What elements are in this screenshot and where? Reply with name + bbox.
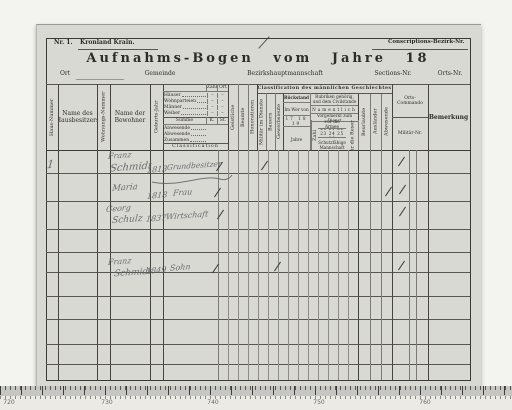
ages-row: 20 21 22 23 24 25 26: [318, 129, 346, 138]
class-col: Abwesende: [381, 93, 392, 150]
class-col: Bauern: [266, 93, 275, 150]
summe-col1: K.: [206, 117, 217, 124]
census-form-scan: Nr. 1. Kronland Krain. Conscriptions-Bez…: [0, 0, 512, 410]
scan-ruler: [0, 386, 512, 396]
ruler-label: 740: [198, 399, 228, 406]
ruler-label: 730: [92, 399, 122, 406]
handwritten-first-name: Franz: [108, 256, 132, 267]
handwritten-first-name: Franz: [108, 150, 132, 161]
service-left-sub: Im Wer von: [283, 103, 310, 116]
handwritten-note: Frau: [173, 187, 193, 197]
summary-row: Wohnparteien––: [163, 98, 228, 104]
col-line: [238, 84, 239, 150]
summary-col1-header: Zahl: [206, 84, 217, 91]
ruler-label: 760: [410, 399, 440, 406]
ruler-label: 750: [304, 399, 334, 406]
class-col: Beurlaubte: [358, 93, 370, 150]
col-line: [266, 93, 267, 150]
summary-box-top: Zahl Ort Häuser–– Wohnparteien–– Männer–…: [163, 84, 228, 118]
class-col: Geistliche: [228, 84, 238, 150]
class-col: Honoratioren: [248, 84, 257, 150]
handwritten-house-no: 1: [46, 158, 54, 172]
handwritten-note: Sohn: [170, 262, 192, 273]
house-number-column-header: Haus-Nummer: [46, 84, 58, 150]
service-note: Zu Folge der vorigen Rubriken gehörig, u…: [311, 93, 358, 106]
ruler-label: 720: [0, 399, 24, 406]
service-side-col: Zahl: [311, 120, 318, 150]
class-col: Beamte: [238, 84, 248, 150]
col-line: [275, 93, 276, 150]
col-line: [409, 150, 410, 380]
summary-row: Weiber––: [163, 110, 228, 116]
namentlich-label: Namentlich: [311, 106, 358, 114]
service-box: Rückstand Im Wer von 17 18 19 Jahre Zu F…: [283, 93, 358, 150]
handwritten-year: 1837: [146, 213, 167, 224]
class-col: Gewerbsleute: [275, 93, 283, 150]
tail-box-bottom: Militär-Nr.: [392, 117, 428, 150]
summe-label: Summe: [163, 117, 206, 124]
summe-col2: St.: [217, 117, 228, 124]
scan-ruler-numbers: 720 730 740 750 760: [0, 396, 512, 410]
owner-column-header: Name des Hausbesitzers: [58, 84, 97, 150]
classification-footer-label: Classification: [163, 143, 228, 150]
remark-column-header: Bemerkung: [428, 84, 469, 150]
armee-label: Für die Armee: [318, 120, 346, 129]
body-grid: [228, 150, 358, 380]
handwritten-year: 1849: [146, 265, 167, 276]
rueckstand-label: Rückstand: [283, 93, 310, 103]
handwritten-first-name: Georg: [106, 203, 132, 214]
service-left-unit: Jahre: [283, 127, 310, 151]
handwritten-year: 1818: [147, 190, 168, 201]
dwelling-number-column-header: Wohnungs-Nummer: [97, 84, 110, 150]
col-line: [248, 84, 249, 150]
class-col: Militär im Dienste: [257, 93, 266, 150]
tail-box-top: Orts-Commando: [392, 84, 428, 118]
summary-col2-header: Ort: [217, 84, 228, 91]
birth-year-column-header: Geburts-Jahr: [150, 84, 163, 150]
resident-column-header: Name der Bewohner: [110, 84, 150, 150]
col-line: [416, 150, 417, 380]
pen-flourish: [150, 172, 234, 186]
class-col: Ausländer: [370, 93, 381, 150]
service-left-years: 17 18 19: [283, 116, 310, 127]
summary-box-bottom: Summe K. St. Anwesende Abwesende Zusamme…: [163, 117, 228, 144]
handwritten-first-name: Maria: [112, 182, 139, 194]
